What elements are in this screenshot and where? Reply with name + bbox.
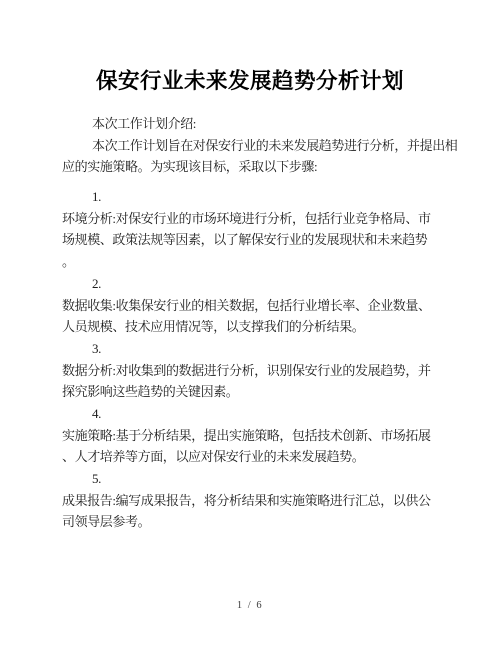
document-title: 保安行业未来发展趋势分析计划 (0, 64, 500, 95)
step-number: 5. (62, 468, 440, 490)
step-line: 。 (62, 251, 440, 273)
step-line: 场规模、政策法规等因素，以了解保安行业的发展现状和未来趋势 (62, 229, 440, 251)
intro-line: 本次工作计划介绍: (62, 113, 440, 135)
document-page: 保安行业未来发展趋势分析计划 本次工作计划介绍: 本次工作计划旨在对保安行业的未… (0, 0, 500, 647)
step-line: 探究影响这些趋势的关键因素。 (62, 381, 440, 403)
step-number: 2. (62, 273, 440, 295)
step-line: 实施策略:基于分析结果，提出实施策略，包括技术创新、市场拓展 (62, 425, 440, 447)
step-line: 成果报告:编写成果报告，将分析结果和实施策略进行汇总，以供公 (62, 490, 440, 512)
step-line: 司领导层参考。 (62, 511, 440, 533)
step-line: 数据分析:对收集到的数据进行分析，识别保安行业的发展趋势，并 (62, 360, 440, 382)
intro-line: 应的实施策略。为实现该目标，采取以下步骤: (62, 156, 440, 178)
step-line: 数据收集:收集保安行业的相关数据，包括行业增长率、企业数量、 (62, 295, 440, 317)
step-line: 人员规模、技术应用情况等，以支撑我们的分析结果。 (62, 316, 440, 338)
step-line: 环境分析:对保安行业的市场环境进行分析，包括行业竞争格局、市 (62, 208, 440, 230)
step-line: 、人才培养等方面，以应对保安行业的未来发展趋势。 (62, 446, 440, 468)
page-number: 1 / 6 (0, 600, 500, 611)
document-body: 本次工作计划介绍: 本次工作计划旨在对保安行业的未来发展趋势进行分析，并提出相 … (62, 113, 440, 533)
step-number: 3. (62, 338, 440, 360)
intro-line: 本次工作计划旨在对保安行业的未来发展趋势进行分析，并提出相 (62, 135, 440, 157)
step-number: 4. (62, 403, 440, 425)
step-number: 1. (62, 186, 440, 208)
